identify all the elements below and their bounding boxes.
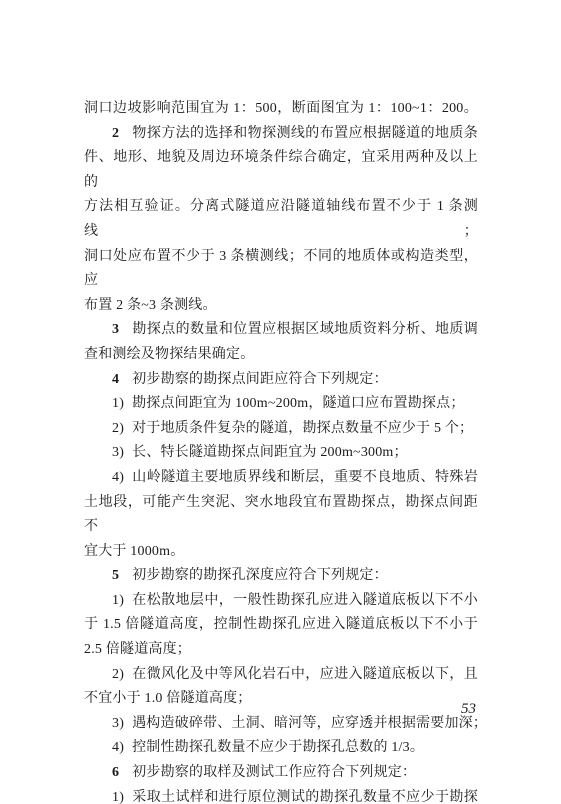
text-line: 件、地形、地貌及周边环境条件综合确定，宜采用两种及以上的 [84, 146, 478, 195]
line-text: 于 1.5 倍隧道高度，控制性勘探孔应进入隧道底板以下不小于 [84, 617, 478, 632]
page-number: 53 [461, 701, 476, 718]
line-text: 山岭隧道主要地质界线和断层，重要不良地质、特殊岩 [132, 470, 478, 485]
text-line: 3勘探点的数量和位置应根据区域地质资料分析、地质调 [84, 318, 478, 343]
text-line: 3)遇构造破碎带、土洞、暗河等，应穿透并根据需要加深； [84, 712, 478, 737]
document-page: 洞口边坡影响范围宜为 1：500，断面图宜为 1：100~1：200。2物探方法… [0, 0, 561, 804]
line-text: 洞口边坡影响范围宜为 1：500，断面图宜为 1：100~1：200。 [84, 101, 478, 116]
line-text: 洞口处应布置不少于 3 条横测线；不同的地质体或构造类型，应 [84, 249, 478, 289]
clause-number: 6 [112, 765, 119, 780]
text-line: 4)山岭隧道主要地质界线和断层，重要不良地质、特殊岩 [84, 466, 478, 491]
text-line: 2)在微风化及中等风化岩石中，应进入隧道底板以下，且 [84, 663, 478, 688]
line-text: 遇构造破碎带、土洞、暗河等，应穿透并根据需要加深； [132, 716, 487, 731]
text-line: 2.5 倍隧道高度； [84, 638, 478, 663]
line-text: 初步勘察的勘探点间距应符合下列规定： [132, 372, 388, 387]
list-marker: 4) [112, 740, 124, 755]
line-text: 查和测绘及物探结果确定。 [84, 347, 254, 362]
line-text: 对于地质条件复杂的隧道，勘探点数量不应少于 5 个； [132, 421, 473, 436]
line-text: 长、特长隧道勘探点间距宜为 200m~300m； [132, 445, 408, 460]
text-line: 洞口边坡影响范围宜为 1：500，断面图宜为 1：100~1：200。 [84, 97, 478, 122]
text-line: 宜大于 1000m。 [84, 540, 478, 565]
text-line: 方法相互验证。分离式隧道应沿隧道轴线布置不少于 1 条测线； [84, 195, 478, 244]
document-lines: 洞口边坡影响范围宜为 1：500，断面图宜为 1：100~1：200。2物探方法… [84, 97, 478, 804]
text-line: 1)勘探点间距宜为 100m~200m，隧道口应布置勘探点； [84, 392, 478, 417]
line-text: 勘探点的数量和位置应根据区域地质资料分析、地质调 [132, 322, 478, 337]
line-text: 在松散地层中，一般性勘探孔应进入隧道底板以下不小 [132, 593, 478, 608]
line-text: 不宜小于 1.0 倍隧道高度； [84, 691, 252, 706]
line-text: 2.5 倍隧道高度； [84, 642, 191, 657]
line-text: 初步勘察的取样及测试工作应符合下列规定： [132, 765, 416, 780]
text-line: 土地段，可能产生突泥、突水地段宜布置勘探点，勘探点间距不 [84, 491, 478, 540]
list-marker: 3) [112, 716, 124, 731]
text-line: 布置 2 条~3 条测线。 [84, 294, 478, 319]
line-text: 采取土试样和进行原位测试的勘探孔数量不应少于勘探 [132, 790, 478, 804]
line-text: 物探方法的选择和物探测线的布置应根据隧道的地质条 [132, 126, 478, 141]
line-text: 勘探点间距宜为 100m~200m，隧道口应布置勘探点； [132, 396, 464, 411]
text-line: 4初步勘察的勘探点间距应符合下列规定： [84, 368, 478, 393]
line-text: 初步勘察的勘探孔深度应符合下列规定： [132, 568, 388, 583]
line-text: 在微风化及中等风化岩石中，应进入隧道底板以下，且 [132, 667, 478, 682]
text-line: 洞口处应布置不少于 3 条横测线；不同的地质体或构造类型，应 [84, 245, 478, 294]
text-line: 2物探方法的选择和物探测线的布置应根据隧道的地质条 [84, 122, 478, 147]
text-line: 2)对于地质条件复杂的隧道，勘探点数量不应少于 5 个； [84, 417, 478, 442]
text-line: 于 1.5 倍隧道高度，控制性勘探孔应进入隧道底板以下不小于 [84, 613, 478, 638]
clause-number: 5 [112, 568, 119, 583]
text-line: 3)长、特长隧道勘探点间距宜为 200m~300m； [84, 441, 478, 466]
list-marker: 1) [112, 790, 124, 804]
list-marker: 2) [112, 667, 124, 682]
list-marker: 3) [112, 445, 124, 460]
text-line: 1)在松散地层中，一般性勘探孔应进入隧道底板以下不小 [84, 589, 478, 614]
text-line: 不宜小于 1.0 倍隧道高度； [84, 687, 478, 712]
text-line: 5初步勘察的勘探孔深度应符合下列规定： [84, 564, 478, 589]
line-text: 土地段，可能产生突泥、突水地段宜布置勘探点，勘探点间距不 [84, 495, 478, 535]
line-text: 控制性勘探孔数量不应少于勘探孔总数的 1/3。 [132, 740, 424, 755]
line-text: 件、地形、地貌及周边环境条件综合确定，宜采用两种及以上的 [84, 150, 478, 190]
list-marker: 1) [112, 593, 124, 608]
text-line: 1)采取土试样和进行原位测试的勘探孔数量不应少于勘探 [84, 786, 478, 804]
list-marker: 4) [112, 470, 124, 485]
clause-number: 3 [112, 322, 119, 337]
text-line: 4)控制性勘探孔数量不应少于勘探孔总数的 1/3。 [84, 736, 478, 761]
clause-number: 2 [112, 126, 119, 141]
list-marker: 2) [112, 421, 124, 436]
clause-number: 4 [112, 372, 119, 387]
text-line: 6初步勘察的取样及测试工作应符合下列规定： [84, 761, 478, 786]
line-text: 宜大于 1000m。 [84, 544, 184, 559]
list-marker: 1) [112, 396, 124, 411]
text-line: 查和测绘及物探结果确定。 [84, 343, 478, 368]
line-text: 布置 2 条~3 条测线。 [84, 298, 217, 313]
line-text: 方法相互验证。分离式隧道应沿隧道轴线布置不少于 1 条测线； [84, 199, 478, 239]
